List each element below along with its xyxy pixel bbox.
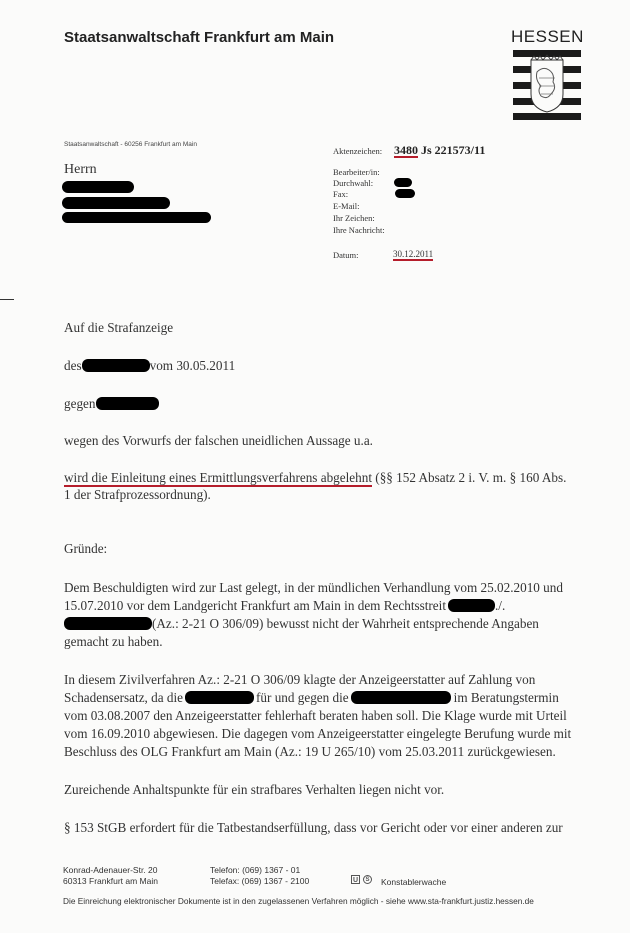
redacted-complainant xyxy=(82,359,150,372)
datum-value: 30.12.2011 xyxy=(393,249,433,261)
redacted-party-1 xyxy=(448,599,495,612)
reasons-p1-line3: (Az.: 2-21 O 306/09) bewusst nicht der W… xyxy=(64,616,539,632)
meta-label-email: E-Mail: xyxy=(333,201,359,211)
reasons-p4: § 153 StGB erfordert für die Tatbestands… xyxy=(64,820,563,836)
aktenzeichen-value: 3480 Js 221573/11 xyxy=(394,143,485,158)
redacted-durchwahl xyxy=(394,178,412,187)
redacted-fax xyxy=(395,189,415,198)
state-name: HESSEN xyxy=(511,27,584,47)
aktenzeichen-highlight xyxy=(394,143,418,158)
reasons-p2-line5: Beschluss des OLG Frankfurt am Main (Az.… xyxy=(64,744,556,760)
decision-highlight: wird die Einleitung eines Ermittlungsver… xyxy=(64,470,372,487)
complainant-line: desvom 30.05.2011 xyxy=(64,358,235,374)
reasons-heading: Gründe: xyxy=(64,541,107,557)
redacted-party-4 xyxy=(351,691,451,704)
redacted-recipient-name xyxy=(62,181,134,193)
reasons-p3: Zureichende Anhaltspunkte für ein strafb… xyxy=(64,782,444,798)
meta-label-bearbeiter: Bearbeiter/in: xyxy=(333,167,380,177)
reasons-p2-line2: Schadensersatz, da diefür und gegen diei… xyxy=(64,690,559,706)
footer-telefon: Telefon: (069) 1367 - 01 xyxy=(210,865,300,875)
reasons-p1-line4: gemacht zu haben. xyxy=(64,634,163,650)
redacted-accused xyxy=(96,397,159,410)
allegation-text: wegen des Vorwurfs der falschen uneidlic… xyxy=(64,433,373,449)
decision-line-1: wird die Einleitung eines Ermittlungsver… xyxy=(64,470,566,486)
redacted-party-2 xyxy=(64,617,152,630)
reasons-p1-line2: 15.07.2010 vor dem Landgericht Frankfurt… xyxy=(64,598,505,614)
footer-station: Konstablerwache xyxy=(381,877,446,887)
accused-line: gegen xyxy=(64,396,159,412)
redacted-party-3 xyxy=(185,691,254,704)
meta-label-durchwahl: Durchwahl: xyxy=(333,178,373,188)
letter-page: Staatsanwaltschaft Frankfurt am Main HES… xyxy=(0,0,630,933)
datum-label: Datum: xyxy=(333,250,359,260)
reasons-p1-line1: Dem Beschuldigten wird zur Last gelegt, … xyxy=(64,580,563,596)
aktenzeichen-label: Aktenzeichen: xyxy=(333,146,382,156)
s-bahn-icon: S xyxy=(363,875,372,884)
reasons-p2-line3: vom 03.08.2007 den Anzeigeerstatter fehl… xyxy=(64,708,567,724)
decision-line-2: 1 der Strafprozessordnung). xyxy=(64,487,211,503)
reasons-p2-line1: In diesem Zivilverfahren Az.: 2-21 O 306… xyxy=(64,672,535,688)
sender-line: Staatsanwaltschaft - 60256 Frankfurt am … xyxy=(64,141,197,148)
meta-label-ihre-nachricht: Ihre Nachricht: xyxy=(333,225,385,235)
intro-text: Auf die Strafanzeige xyxy=(64,320,173,336)
fold-mark xyxy=(0,299,14,300)
reasons-p2-line4: vom 16.09.2010 abgewiesen. Die dagegen v… xyxy=(64,726,571,742)
organization-name: Staatsanwaltschaft Frankfurt am Main xyxy=(64,29,334,46)
footer-notice: Die Einreichung elektronischer Dokumente… xyxy=(63,896,534,906)
meta-label-ihr-zeichen: Ihr Zeichen: xyxy=(333,213,375,223)
footer-telefax: Telefax: (069) 1367 - 2100 xyxy=(210,876,309,886)
meta-label-fax: Fax: xyxy=(333,189,348,199)
hessen-coat-of-arms-icon xyxy=(513,50,581,120)
recipient-salutation: Herrn xyxy=(64,162,97,178)
u-bahn-icon: U xyxy=(351,875,360,884)
redacted-recipient-city xyxy=(62,212,211,223)
redacted-recipient-street xyxy=(62,197,170,209)
footer-address-line2: 60313 Frankfurt am Main xyxy=(63,876,158,886)
footer-address-line1: Konrad-Adenauer-Str. 20 xyxy=(63,865,158,875)
